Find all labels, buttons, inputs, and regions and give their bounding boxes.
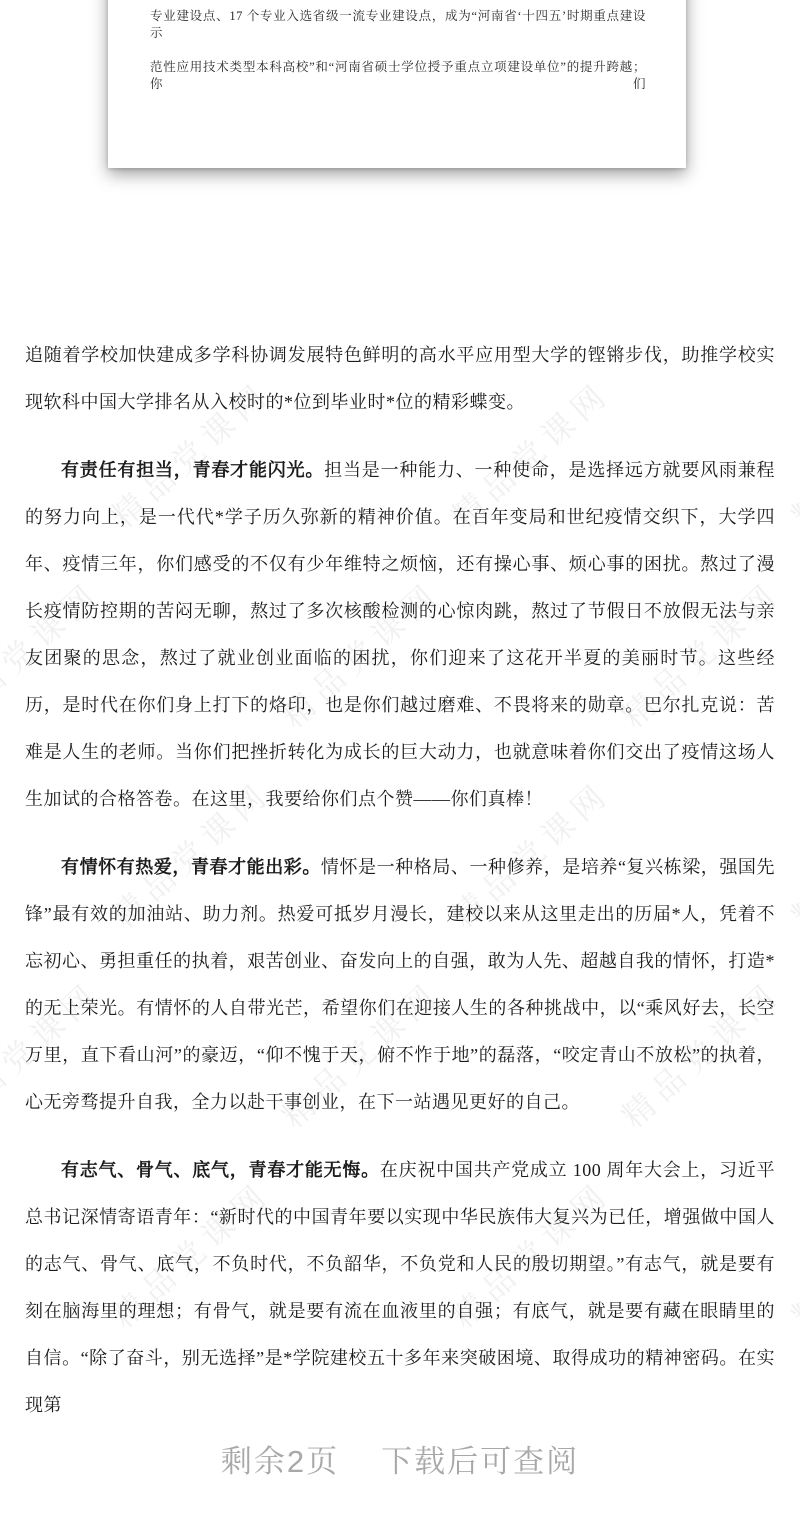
paragraph-lead: 有责任有担当，青春才能闪光。: [61, 460, 324, 480]
previous-page-text-line: 范性应用技术类型本科高校”和“河南省硕士学位授予重点立项建设单位”的提升跨越；你…: [150, 59, 646, 93]
previous-page-text-line: 专业建设点、17 个专业入选省级一流专业建设点，成为“河南省‘十四五’时期重点建…: [150, 8, 646, 42]
download-to-view-hint: 下载后可查阅: [381, 1444, 579, 1479]
paragraph-lead: 有情怀有热爱，青春才能出彩。: [61, 857, 321, 877]
paragraph-3: 有情怀有热爱，青春才能出彩。情怀是一种格局、一种修养，是培养“复兴栋梁，强国先锋…: [25, 844, 775, 1126]
document-preview-page: { "prev_page_card": { "lines": [ "专业建设点、…: [0, 0, 800, 1535]
previous-page-card: 专业建设点、17 个专业入选省级一流专业建设点，成为“河南省‘十四五’时期重点建…: [108, 0, 686, 168]
site-watermark: 精品党课网: [780, 369, 800, 537]
site-watermark: 精品党课网: [780, 769, 800, 937]
site-watermark: 精品党课网: [780, 1169, 800, 1337]
paragraph-1: 追随着学校加快建成多学科协调发展特色鲜明的高水平应用型大学的铿锵步伐，助推学校实…: [25, 332, 775, 426]
paragraph-4: 有志气、骨气、底气，青春才能无悔。在庆祝中国共产党成立 100 周年大会上，习近…: [25, 1147, 775, 1429]
paragraph-2: 有责任有担当，青春才能闪光。担当是一种能力、一种使命，是选择远方就要风雨兼程的努…: [25, 447, 775, 823]
remaining-pages-notice: 剩余2页下载后可查阅: [0, 1436, 800, 1481]
paragraph-lead: 有志气、骨气、底气，青春才能无悔。: [61, 1160, 380, 1180]
remaining-pages-count: 剩余2页: [221, 1444, 339, 1479]
document-body: 追随着学校加快建成多学科协调发展特色鲜明的高水平应用型大学的铿锵步伐，助推学校实…: [25, 332, 775, 1450]
